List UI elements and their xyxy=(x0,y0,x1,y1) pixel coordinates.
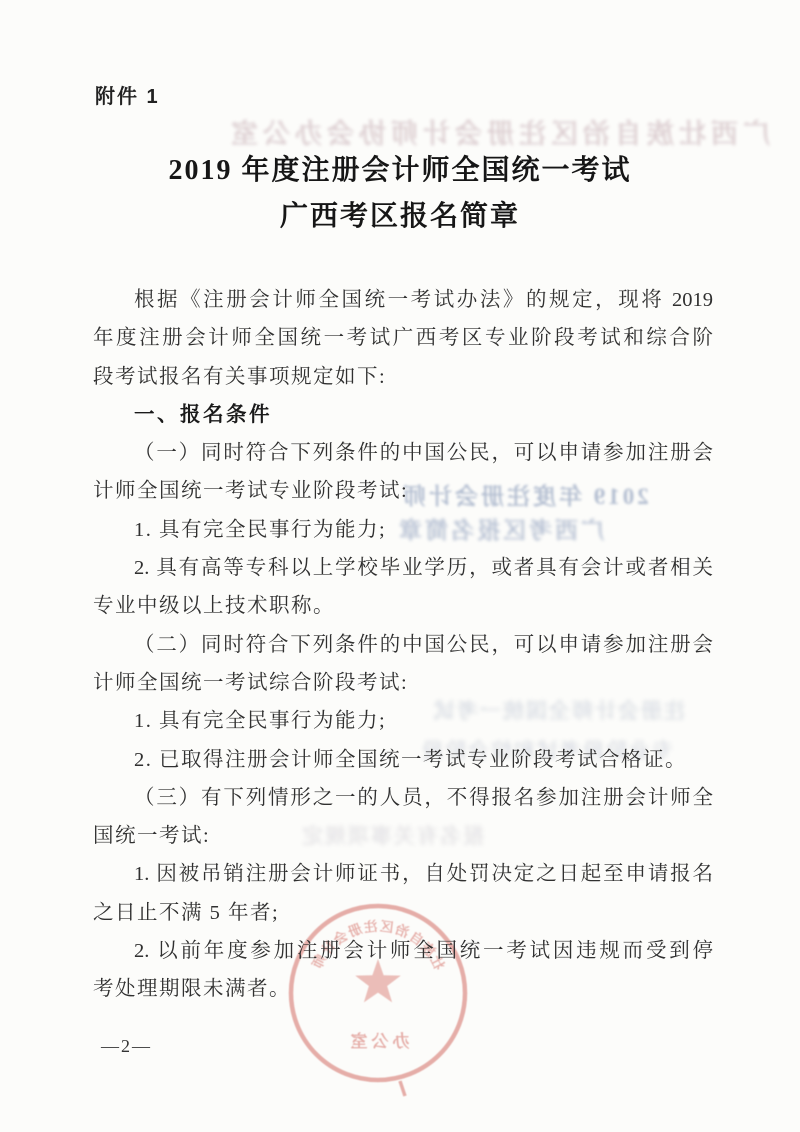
section-heading: 一、报名条件 xyxy=(93,396,713,434)
body-line: 专业中级以上技术职称。 xyxy=(93,587,713,625)
body-line: 国统一考试: xyxy=(93,817,713,855)
body-line: 1. 具有完全民事行为能力; xyxy=(93,702,713,740)
body-line: 1. 因被吊销注册会计师证书，自处罚决定之日起至申请报名 xyxy=(93,855,713,893)
body-line: 段考试报名有关事项规定如下: xyxy=(93,358,713,396)
body-line: （二）同时符合下列条件的中国公民，可以申请参加注册会 xyxy=(93,626,713,664)
doc-title: 2019 年度注册会计师全国统一考试 广西考区报名简章 xyxy=(0,148,800,240)
document-page: 广西壮族自治区注册会计师协会办公室 2019 年度注册会计师 广西考区报名简章 … xyxy=(0,0,800,1132)
body-line: 2. 已取得注册会计师全国统一考试专业阶段考试合格证。 xyxy=(93,741,713,779)
doc-title-line-1: 2019 年度注册会计师全国统一考试 xyxy=(0,148,800,194)
body-line: 计师全国统一考试专业阶段考试: xyxy=(93,472,713,510)
page-number: —2— xyxy=(101,1036,152,1057)
body-line: 计师全国统一考试综合阶段考试: xyxy=(93,664,713,702)
attachment-label: 附件 1 xyxy=(95,80,160,109)
doc-title-line-2: 广西考区报名简章 xyxy=(0,194,800,240)
body-line: 根据《注册会计师全国统一考试办法》的规定，现将 2019 xyxy=(93,281,713,319)
bleed-top-text: 广西壮族自治区注册会计师协会办公室 xyxy=(245,112,770,151)
seal-tail-mark xyxy=(400,1081,405,1096)
body-line: （三）有下列情形之一的人员，不得报名参加注册会计师全 xyxy=(93,779,713,817)
body-line: 2. 具有高等专科以上学校毕业学历，或者具有会计或者相关 xyxy=(93,549,713,587)
body-line: 年度注册会计师全国统一考试广西考区专业阶段考试和综合阶 xyxy=(93,319,713,357)
body-line: 2. 以前年度参加注册会计师全国统一考试因违规而受到停 xyxy=(93,932,713,970)
body-line: （一）同时符合下列条件的中国公民，可以申请参加注册会 xyxy=(93,434,713,472)
body-line: 考处理期限未满者。 xyxy=(93,970,713,1008)
body-line: 之日止不满 5 年者; xyxy=(93,894,713,932)
body-text: 根据《注册会计师全国统一考试办法》的规定，现将 2019年度注册会计师全国统一考… xyxy=(93,281,713,1009)
body-line: 1. 具有完全民事行为能力; xyxy=(93,511,713,549)
seal-bottom-text: 办公室 xyxy=(347,1031,410,1051)
